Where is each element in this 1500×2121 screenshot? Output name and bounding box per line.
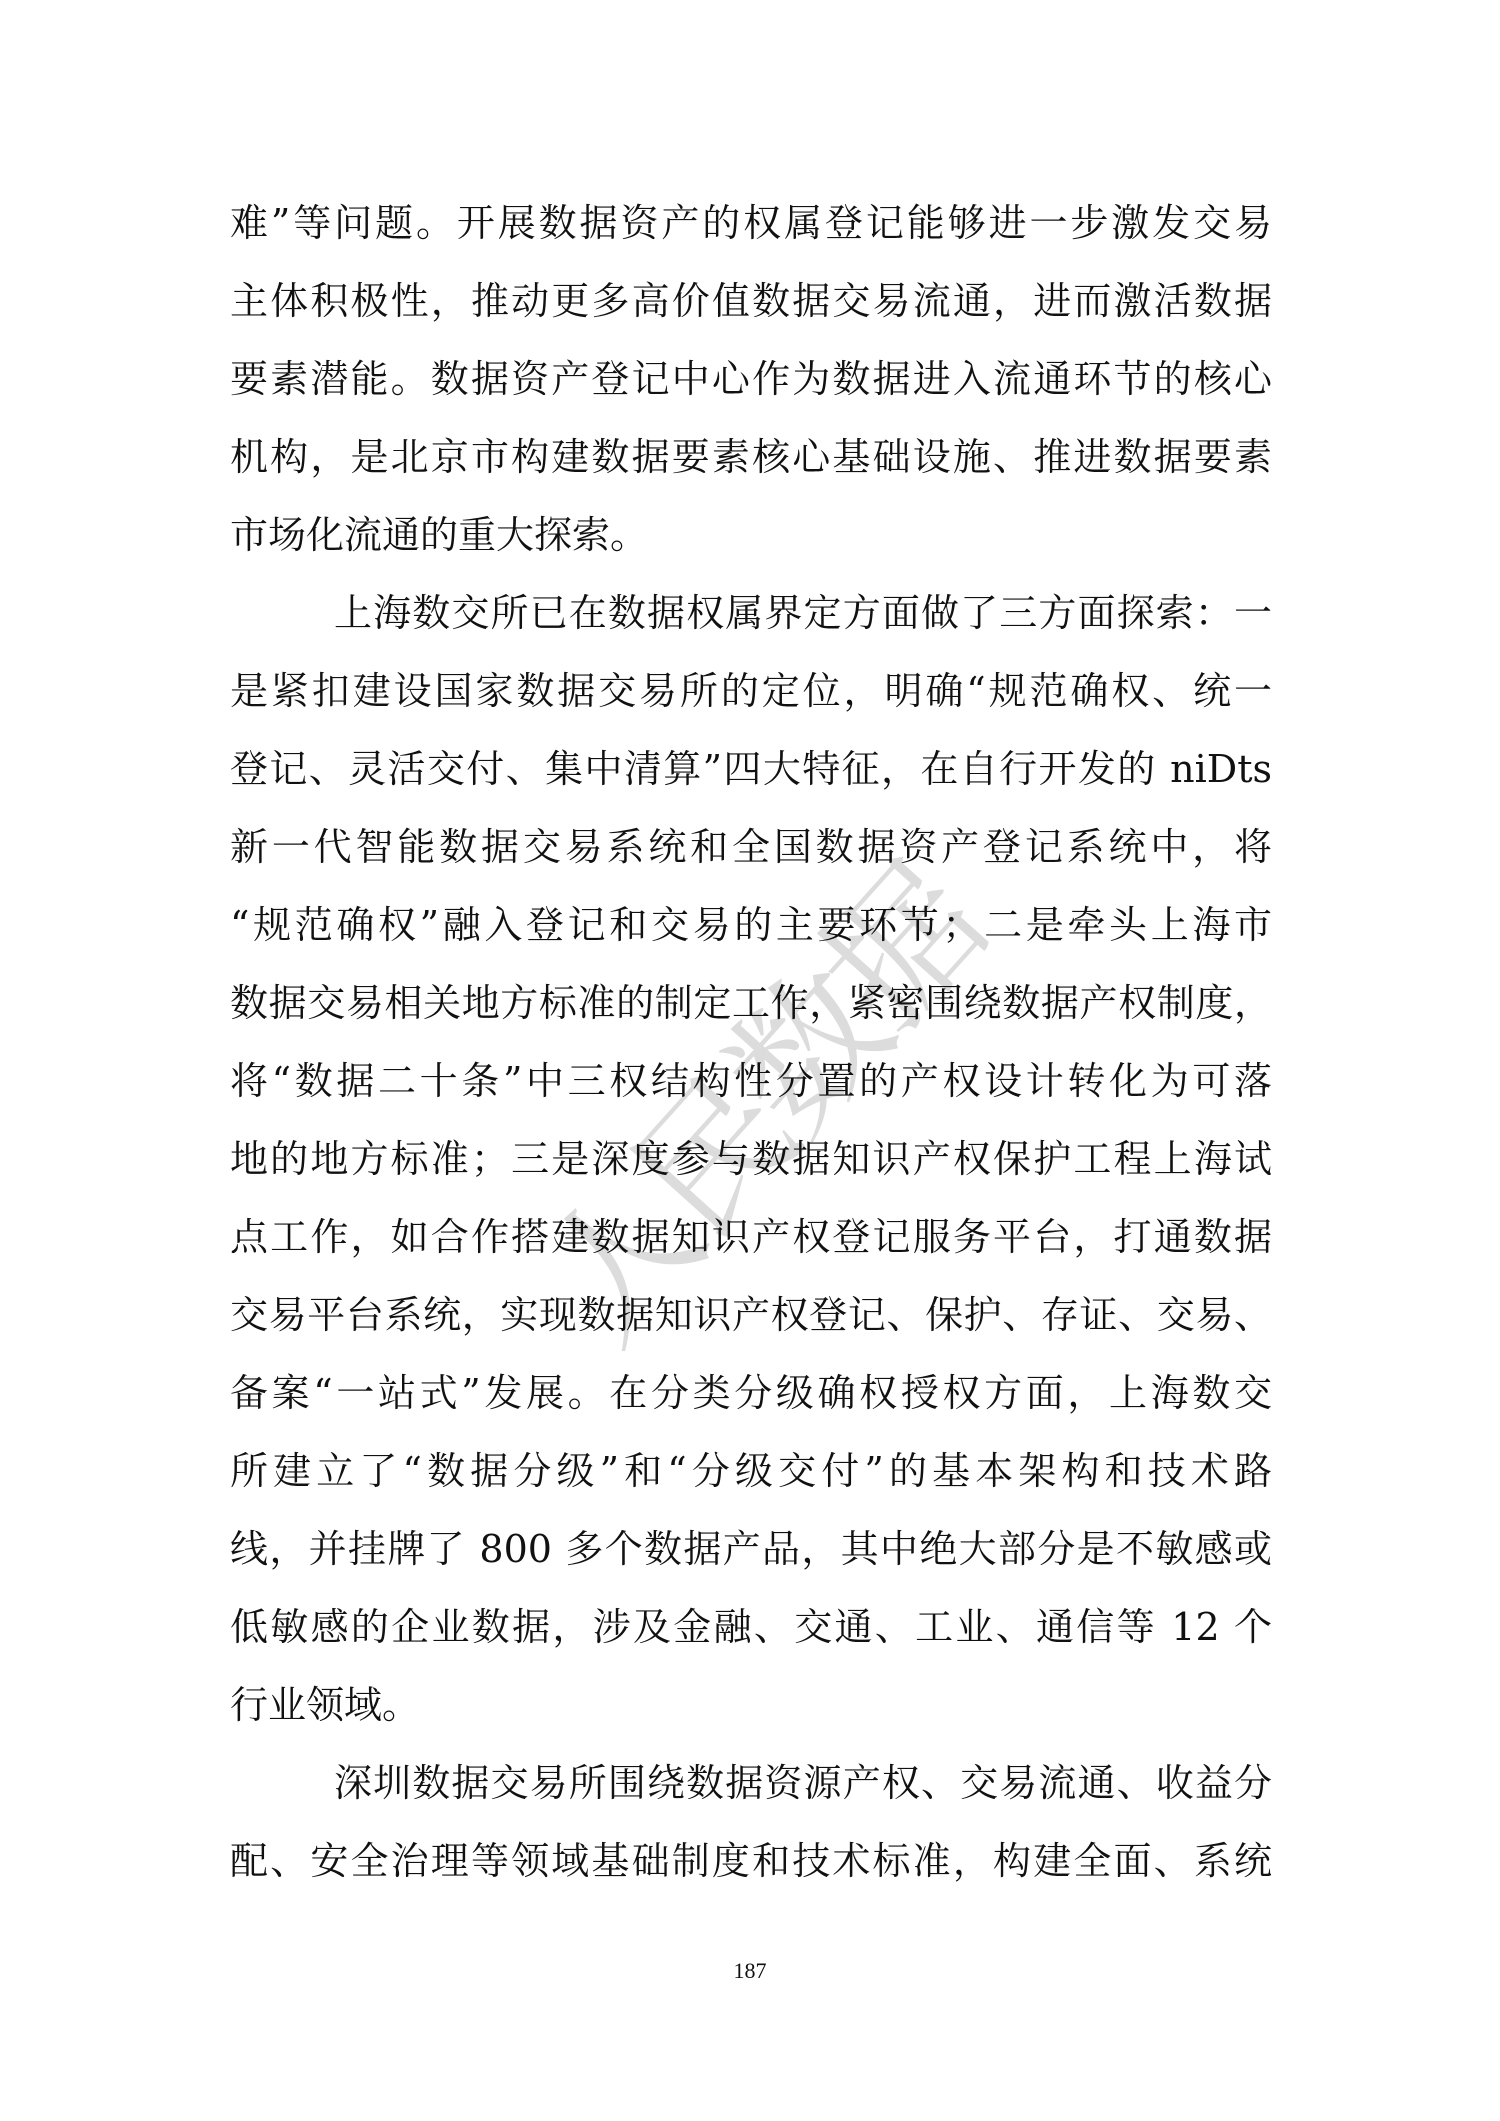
paragraph-2-line-14: 低敏感的企业数据，涉及金融、交通、工业、通信等 12 个: [230, 1605, 1272, 1649]
paragraph-2-line-10: 交易平台系统，实现数据知识产权登记、保护、存证、交易、: [230, 1293, 1272, 1337]
paragraph-2-line-15: 行业领域。: [230, 1683, 1272, 1727]
paragraph-2-line-6: 数据交易相关地方标准的制定工作，紧密围绕数据产权制度，: [230, 981, 1272, 1025]
paragraph-1-line-5: 市场化流通的重大探索。: [230, 513, 1272, 557]
paragraph-2-line-13: 线，并挂牌了 800 多个数据产品，其中绝大部分是不敏感或: [230, 1527, 1272, 1571]
page-number: 187: [0, 1958, 1500, 1984]
paragraph-2-line-3: 登记、灵活交付、集中清算”四大特征，在自行开发的 niDts: [230, 747, 1272, 791]
paragraph-2-line-5: “规范确权”融入登记和交易的主要环节；二是牵头上海市: [230, 903, 1272, 947]
paragraph-2-line-4: 新一代智能数据交易系统和全国数据资产登记系统中，将: [230, 825, 1272, 869]
paragraph-1-line-2: 主体积极性，推动更多高价值数据交易流通，进而激活数据: [230, 279, 1272, 323]
document-page: 人民数据 难”等问题。开展数据资产的权属登记能够进一步激发交易 主体积极性，推动…: [0, 0, 1500, 2121]
paragraph-1-line-4: 机构，是北京市构建数据要素核心基础设施、推进数据要素: [230, 435, 1272, 479]
paragraph-2-line-2: 是紧扣建设国家数据交易所的定位，明确“规范确权、统一: [230, 669, 1272, 713]
paragraph-2-line-9: 点工作，如合作搭建数据知识产权登记服务平台，打通数据: [230, 1215, 1272, 1259]
paragraph-3-line-1: 深圳数据交易所围绕数据资源产权、交易流通、收益分: [334, 1761, 1272, 1805]
paragraph-1-line-1: 难”等问题。开展数据资产的权属登记能够进一步激发交易: [230, 201, 1272, 245]
paragraph-1-line-3: 要素潜能。数据资产登记中心作为数据进入流通环节的核心: [230, 357, 1272, 401]
paragraph-2-line-12: 所建立了“数据分级”和“分级交付”的基本架构和技术路: [230, 1449, 1272, 1493]
paragraph-2-line-7: 将“数据二十条”中三权结构性分置的产权设计转化为可落: [230, 1059, 1272, 1103]
paragraph-2-line-11: 备案“一站式”发展。在分类分级确权授权方面，上海数交: [230, 1371, 1272, 1415]
paragraph-2-line-8: 地的地方标准；三是深度参与数据知识产权保护工程上海试: [230, 1137, 1272, 1181]
paragraph-2-line-1: 上海数交所已在数据权属界定方面做了三方面探索：一: [334, 591, 1272, 635]
paragraph-3-line-2: 配、安全治理等领域基础制度和技术标准，构建全面、系统: [230, 1839, 1272, 1883]
